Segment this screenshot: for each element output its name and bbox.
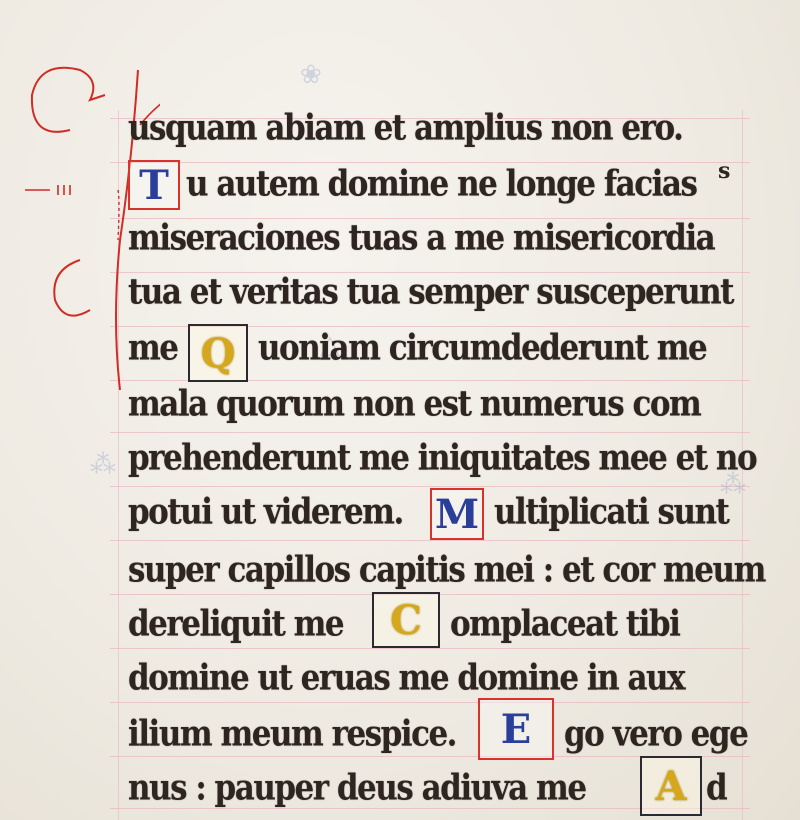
- line-text: mala quorum non est numerus com: [128, 383, 700, 424]
- line-text: tua et veritas tua semper susceperunt: [128, 271, 733, 312]
- manuscript-page: ❀ △ ⁂ ⁂ usquam abiam et amplius non ero.…: [0, 0, 800, 820]
- initial-letter: M: [435, 491, 479, 538]
- line-text: omplaceat tibi: [450, 603, 679, 644]
- line-text: go vero ege: [564, 713, 747, 754]
- text-line-11: domine ut eruas me domine in aux: [128, 653, 748, 704]
- line-text: domine ut eruas me domine in aux: [128, 657, 684, 698]
- line-text-pre: dereliquit me: [128, 603, 343, 644]
- initial-letter: A: [655, 763, 686, 810]
- line-text: u autem domine ne longe facias: [186, 163, 696, 204]
- initial-C-gold: C: [372, 592, 440, 648]
- text-line-13-cont: d: [706, 763, 746, 814]
- text-line-1: usquam abiam et amplius non ero.: [128, 103, 748, 154]
- text-line-2: u autem domine ne longe facias: [186, 159, 746, 210]
- line-text: super capillos capitis mei : et cor meum: [128, 549, 765, 590]
- initial-M-blue: M: [430, 488, 484, 540]
- initial-A-gold: A: [640, 756, 702, 816]
- text-line-12-cont: go vero ege: [564, 709, 748, 760]
- initial-letter: Q: [201, 330, 236, 377]
- text-line-8-cont: ultiplicati sunt: [494, 487, 748, 538]
- line-text-pre: ilium meum respice.: [128, 713, 456, 754]
- line-text: d: [706, 767, 726, 808]
- initial-T-blue: T: [128, 160, 180, 210]
- line-text: miseraciones tuas a me misericordia: [128, 217, 714, 258]
- line-text: prehenderunt me iniquitates mee et no: [128, 437, 756, 478]
- initial-letter: T: [139, 162, 169, 209]
- initial-Q-gold: Q: [188, 324, 248, 382]
- text-line-3: miseraciones tuas a me misericordia: [128, 213, 748, 264]
- show-through-mark: ❀: [300, 60, 322, 90]
- text-line-6: mala quorum non est numerus com: [128, 379, 748, 430]
- line-text: usquam abiam et amplius non ero.: [128, 107, 682, 148]
- line-text-pre: nus : pauper deus adiuva me: [128, 767, 586, 808]
- initial-E-blue: E: [478, 698, 554, 760]
- initial-letter: C: [390, 597, 422, 644]
- initial-letter: E: [501, 706, 532, 753]
- line-text: uoniam circumdederunt me: [258, 327, 706, 368]
- show-through-mark: ⁂: [90, 450, 116, 480]
- text-line-4: tua et veritas tua semper susceperunt: [128, 267, 748, 318]
- text-line-5-cont: uoniam circumdederunt me: [258, 323, 748, 374]
- text-line-10-cont: omplaceat tibi: [450, 599, 748, 650]
- line-text-pre: potui ut viderem.: [128, 491, 403, 532]
- text-line-9: super capillos capitis mei : et cor meum: [128, 545, 748, 596]
- line-text: ultiplicati sunt: [494, 491, 728, 532]
- ruling-line: [110, 540, 750, 541]
- line-text-pre: me: [128, 327, 178, 368]
- text-line-7: prehenderunt me iniquitates mee et no: [128, 433, 748, 484]
